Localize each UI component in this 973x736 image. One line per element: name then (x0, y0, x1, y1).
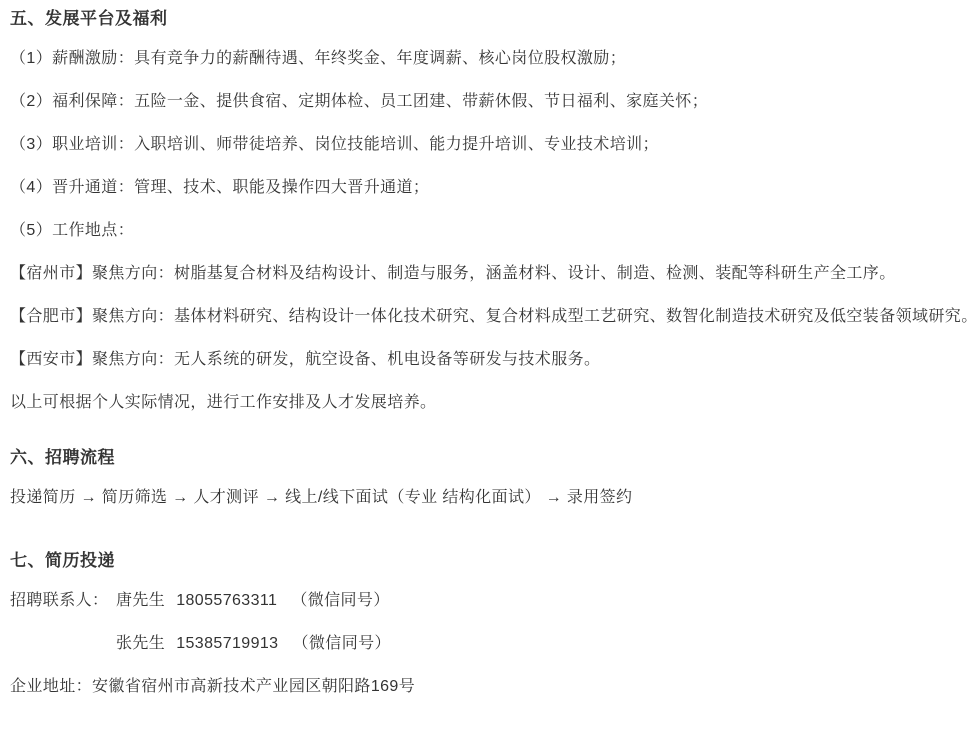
contact-name-tang: 唐先生 (116, 590, 165, 612)
location-hefei: 【合肥市】聚焦方向：基体材料研究、结构设计一体化技术研究、复合材料成型工艺研究、… (10, 306, 963, 328)
contact-row-tang: 招聘联系人： 唐先生 18055763311 （微信同号） (10, 590, 963, 612)
benefit-item-promotion: （4）晋升通道：管理、技术、职能及操作四大晋升通道； (10, 177, 963, 199)
benefit-item-welfare: （2）福利保障：五险一金、提供食宿、定期体检、员工团建、带薪休假、节日福利、家庭… (10, 91, 963, 113)
contact-row-zhang: 张先生 15385719913 （微信同号） (10, 633, 963, 655)
contact-name-zhang: 张先生 (116, 633, 165, 655)
document: 五、发展平台及福利 （1）薪酬激励：具有竞争力的薪酬待遇、年终奖金、年度调薪、核… (0, 0, 973, 698)
contact-note-tang: （微信同号） (291, 590, 389, 612)
section-heading-benefits: 五、发展平台及福利 (10, 8, 963, 30)
company-address-value: 安徽省宿州市高新技术产业园区朝阳路169号 (92, 678, 415, 695)
contact-phone-zhang: 15385719913 (176, 633, 278, 655)
contact-label: 招聘联系人： (10, 590, 116, 612)
company-address-row: 企业地址：安徽省宿州市高新技术产业园区朝阳路169号 (10, 676, 963, 698)
benefit-item-worklocation: （5）工作地点： (10, 220, 963, 242)
recruitment-flow: 投递简历 → 简历筛选 → 人才测评 → 线上/线下面试（专业 结构化面试） →… (10, 487, 963, 509)
location-suzhou: 【宿州市】聚焦方向：树脂基复合材料及结构设计、制造与服务，涵盖材料、设计、制造、… (10, 263, 963, 285)
benefit-item-training: （3）职业培训：入职培训、师带徒培养、岗位技能培训、能力提升培训、专业技术培训； (10, 134, 963, 156)
benefits-note: 以上可根据个人实际情况，进行工作安排及人才发展培养。 (10, 392, 963, 414)
contact-note-zhang: （微信同号） (293, 633, 391, 655)
location-xian: 【西安市】聚焦方向：无人系统的研发，航空设备、机电设备等研发与技术服务。 (10, 349, 963, 371)
contact-phone-tang: 18055763311 (176, 590, 277, 612)
company-address-label: 企业地址： (10, 678, 92, 695)
section-heading-process: 六、招聘流程 (10, 447, 963, 469)
section-heading-apply: 七、简历投递 (10, 550, 963, 572)
benefit-item-salary: （1）薪酬激励：具有竞争力的薪酬待遇、年终奖金、年度调薪、核心岗位股权激励； (10, 48, 963, 70)
